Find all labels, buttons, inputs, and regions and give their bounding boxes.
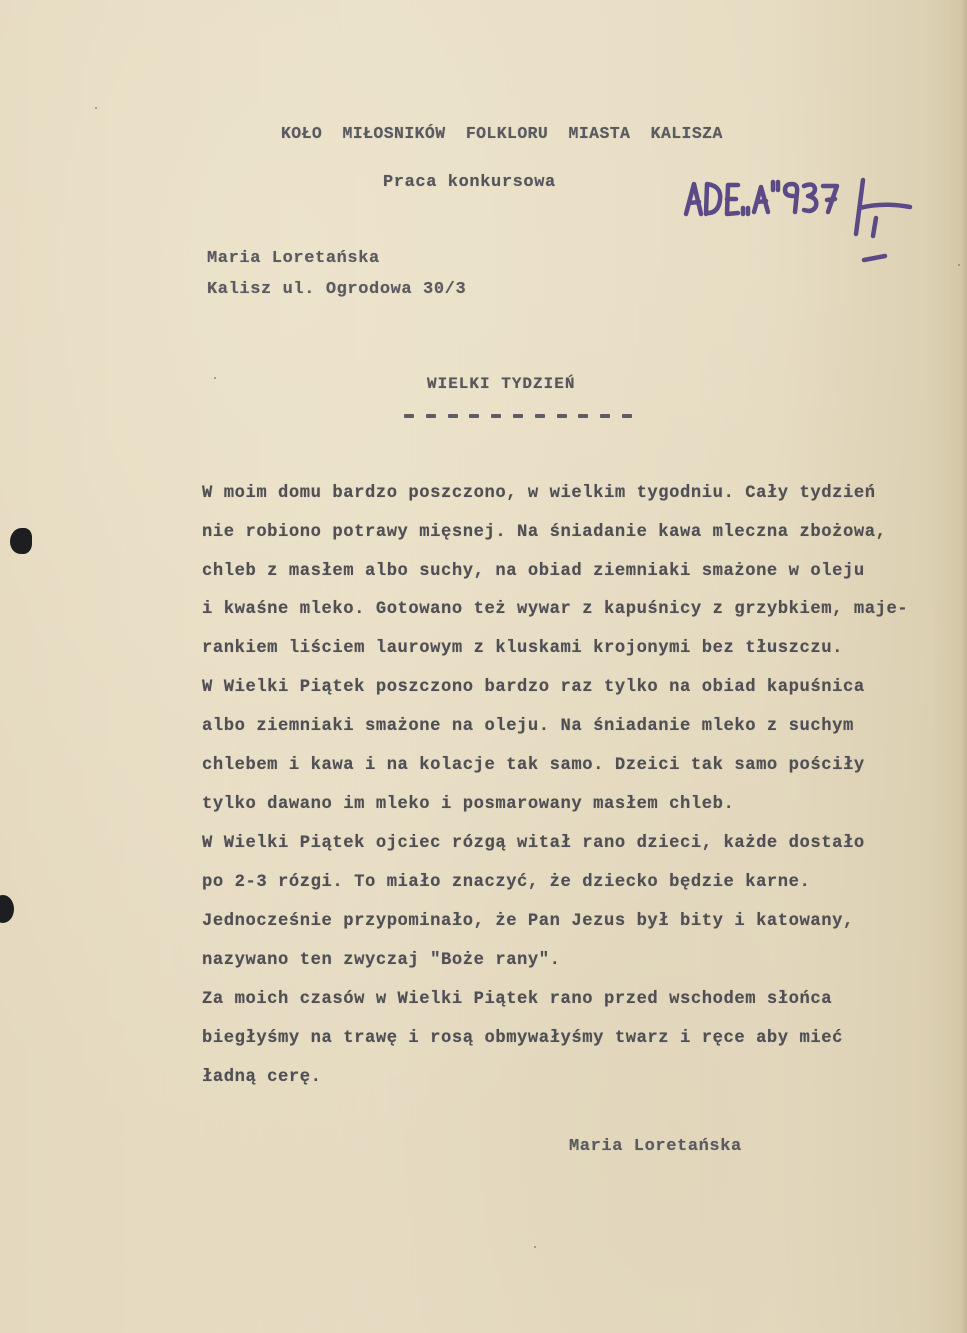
body-line: i kwaśne mleko. Gotowano też wywar z kap… (202, 600, 908, 619)
archival-signature-mark (682, 172, 922, 272)
body-line: biegłyśmy na trawę i rosą obmywałyśmy tw… (202, 1029, 843, 1048)
body-line: W moim domu bardzo poszczono, w wielkim … (202, 484, 876, 503)
paper-speck (95, 107, 97, 109)
paper-speck (958, 264, 960, 266)
body-line: W Wielki Piątek ojciec rózgą witał rano … (202, 834, 865, 853)
body-line: W Wielki Piątek poszczono bardzo raz tyl… (202, 678, 865, 697)
body-line: chleb z masłem albo suchy, na obiad ziem… (202, 562, 865, 581)
body-line: tylko dawano im mleko i posmarowany masł… (202, 795, 734, 814)
author-name: Maria Loretańska (207, 249, 380, 268)
author-address: Kalisz ul. Ogrodowa 30/3 (207, 280, 466, 299)
punch-hole-top (10, 528, 32, 554)
body-line: nie robiono potrawy mięsnej. Na śniadani… (202, 523, 886, 542)
paper-edge-shadow (961, 0, 967, 1333)
title-underline (404, 414, 632, 418)
body-line: Jednocześnie przypominało, że Pan Jezus … (202, 912, 854, 931)
body-line: po 2-3 rózgi. To miało znaczyć, że dziec… (202, 873, 810, 892)
body-line: chlebem i kawa i na kolacje tak samo. Dz… (202, 756, 865, 775)
paper-speck (214, 377, 216, 379)
closing-signature: Maria Loretańska (569, 1137, 742, 1156)
document-subtitle: Praca konkursowa (383, 173, 556, 192)
body-line: Za moich czasów w Wielki Piątek rano prz… (202, 990, 832, 1009)
document-title: WIELKI TYDZIEŃ (427, 375, 575, 393)
organization-heading: KOŁO MIŁOSNIKÓW FOLKLORU MIASTA KALISZA (281, 124, 723, 143)
body-line: rankiem liściem laurowym z kluskami kroj… (202, 639, 843, 658)
paper-speck (534, 1246, 536, 1248)
body-line: nazywano ten zwyczaj "Boże rany". (202, 951, 561, 970)
body-line: ładną cerę. (202, 1068, 322, 1087)
body-line: albo ziemniaki smażone na oleju. Na śnia… (202, 717, 854, 736)
